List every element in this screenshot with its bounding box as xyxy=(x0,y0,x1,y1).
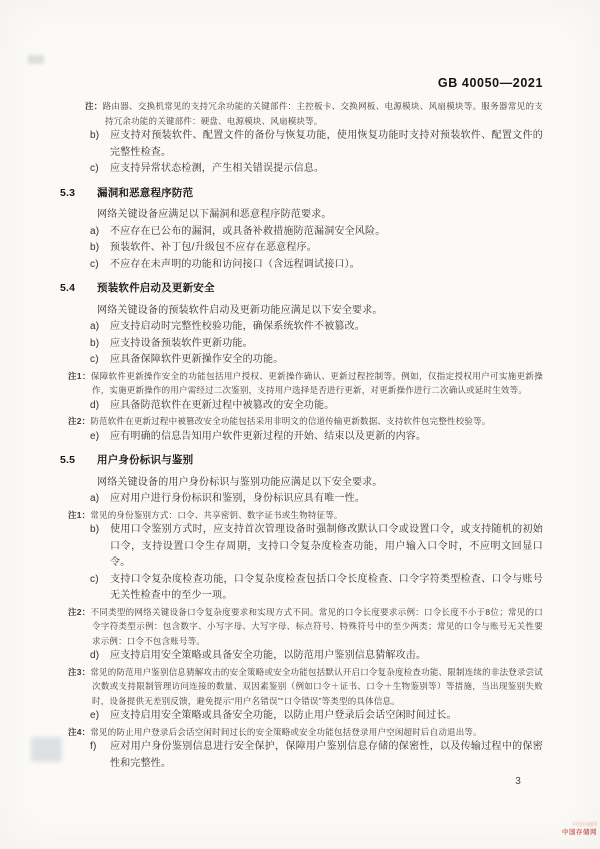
note-label: 注2： xyxy=(68,607,91,617)
list-item-marker: d) xyxy=(90,648,110,665)
section-number: 5.4 xyxy=(60,280,97,297)
list-item-text: 不应存在未声明的功能和访问接口（含远程调试接口）。 xyxy=(110,259,360,270)
note-block: 注1：常见的身份鉴别方式：口令、共享密钥、数字证书或生物特征等。 xyxy=(60,508,543,523)
note-label: 注： xyxy=(85,101,103,111)
list-item-marker: b) xyxy=(90,240,110,257)
list-item: c)不应存在未声明的功能和访问接口（含远程调试接口）。 xyxy=(60,257,543,274)
document-page: GB 40050—2021 注：路由器、交换机常见的支持冗余功能的关键部件：主控… xyxy=(0,0,600,849)
section-title: 漏洞和恶意程序防范 xyxy=(97,187,193,199)
note-block: 注2：防范软件在更新过程中被篡改安全功能包括采用非明文的信道传输更新数据、支持软… xyxy=(60,414,543,429)
list-item-marker: b) xyxy=(90,522,110,539)
list-item: c)应支持异常状态检测，产生相关错误提示信息。 xyxy=(60,161,543,178)
list-item-marker: c) xyxy=(90,257,110,274)
list-item-text: 应对用户进行身份标识和鉴别，身份标识应具有唯一性。 xyxy=(110,493,365,504)
section-number: 5.3 xyxy=(60,185,97,202)
list-item: b)使用口令鉴别方式时，应支持首次管理设备时强制修改默认口令或设置口令，或支持随… xyxy=(60,522,543,572)
list-item-marker: e) xyxy=(90,429,110,446)
section-title: 预装软件启动及更新安全 xyxy=(97,282,215,294)
note-text: 路由器、交换机常见的支持冗余功能的关键部件：主控板卡、交换网板、电源模块、风扇模… xyxy=(103,101,543,126)
note-text: 保障软件更新操作安全的功能包括用户授权、更新操作确认、更新过程控制等。例如，仅指… xyxy=(91,371,543,396)
list-item-marker: e) xyxy=(90,708,110,725)
section-heading: 5.4预装软件启动及更新安全 xyxy=(60,280,543,297)
list-item: b)预装软件、补丁包/升级包不应存在恶意程序。 xyxy=(60,240,543,257)
note-text: 防范软件在更新过程中被篡改安全功能包括采用非明文的信道传输更新数据、支持软件包完… xyxy=(90,416,490,426)
stamp-smudge xyxy=(31,737,62,762)
list-item-text: 支持口令复杂度检查功能，口令复杂度检查包括口令长度检查、口令字符类型检查、口令与… xyxy=(110,574,543,602)
list-item-marker: a) xyxy=(90,319,110,336)
note-block: 注4：常见的防止用户登录后会话空闲时间过长的安全策略或安全功能包括登录用户空闲超… xyxy=(60,725,543,740)
list-item-text: 应支持启用安全策略或具备安全功能，以防范用户鉴别信息猜解攻击。 xyxy=(110,650,426,661)
list-item-text: 不应存在已公布的漏洞，或具备补救措施防范漏洞安全风险。 xyxy=(110,226,385,237)
list-item: d)应支持启用安全策略或具备安全功能，以防范用户鉴别信息猜解攻击。 xyxy=(60,648,543,665)
note-block: 注1：保障软件更新操作安全的功能包括用户授权、更新操作确认、更新过程控制等。例如… xyxy=(60,369,543,398)
note-text: 常见的防范用户鉴别信息猜解攻击的安全策略或安全功能包括默认开启口令复杂度检查功能… xyxy=(90,667,543,706)
watermark: 中国存储网 中国存储网 xyxy=(562,823,597,836)
paragraph-text: 网络关键设备的预装软件启动及更新功能应满足以下安全要求。 xyxy=(97,305,383,316)
note-text: 常见的身份鉴别方式：口令、共享密钥、数字证书或生物特征等。 xyxy=(90,510,342,520)
list-item: a)应支持启动时完整性校验功能，确保系统软件不被篡改。 xyxy=(60,319,543,336)
note-label: 注2： xyxy=(68,416,90,426)
paragraph: 网络关键设备的用户身份标识与鉴别功能应满足以下安全要求。 xyxy=(60,475,543,492)
list-item-text: 应有明确的信息告知用户软件更新过程的开始、结束以及更新的内容。 xyxy=(110,431,426,442)
list-item-marker: b) xyxy=(90,128,110,145)
section-title: 用户身份标识与鉴别 xyxy=(97,454,193,466)
section-number: 5.5 xyxy=(60,452,97,469)
paragraph-text: 网络关键设备应满足以下漏洞和恶意程序防范要求。 xyxy=(97,209,332,220)
list-item-text: 使用口令鉴别方式时，应支持首次管理设备时强制修改默认口令或设置口令，或支持随机的… xyxy=(110,524,543,568)
note-label: 注3： xyxy=(68,667,90,677)
watermark-label: 中国存储网 xyxy=(562,829,597,836)
list-item-text: 应支持异常状态检测，产生相关错误提示信息。 xyxy=(110,163,324,174)
list-item-text: 应具备防范软件在更新过程中被篡改的安全功能。 xyxy=(110,400,334,411)
section-heading: 5.5用户身份标识与鉴别 xyxy=(60,452,543,469)
standard-code: GB 40050—2021 xyxy=(0,76,543,90)
list-item: b)应支持设备预装软件更新功能。 xyxy=(60,336,543,353)
note-text: 不同类型的网络关键设备口令复杂度要求和实现方式不同。常见的口令长度要求示例：口令… xyxy=(91,607,543,646)
list-item-text: 应支持启用安全策略或具备安全功能，以防止用户登录后会话空闲时间过长。 xyxy=(110,710,457,721)
note-label: 注1： xyxy=(68,510,90,520)
list-item: e)应有明确的信息告知用户软件更新过程的开始、结束以及更新的内容。 xyxy=(60,429,543,446)
list-item-marker: a) xyxy=(90,491,110,508)
list-item-text: 应对用户身份鉴别信息进行安全保护，保障用户鉴别信息存储的保密性，以及传输过程中的… xyxy=(110,741,543,769)
list-item-marker: d) xyxy=(90,398,110,415)
paragraph: 网络关键设备的预装软件启动及更新功能应满足以下安全要求。 xyxy=(60,303,543,320)
list-item: e)应支持启用安全策略或具备安全功能，以防止用户登录后会话空闲时间过长。 xyxy=(60,708,543,725)
list-item: c)应具备保障软件更新操作安全的功能。 xyxy=(60,352,543,369)
list-item-text: 应支持对预装软件、配置文件的备份与恢复功能，使用恢复功能时支持对预装软件、配置文… xyxy=(110,130,543,158)
note-label: 注4： xyxy=(68,727,90,737)
list-item: c)支持口令复杂度检查功能，口令复杂度检查包括口令长度检查、口令字符类型检查、口… xyxy=(60,572,543,605)
note-text: 常见的防止用户登录后会话空闲时间过长的安全策略或安全功能包括登录用户空闲超时后自… xyxy=(90,727,482,737)
document-body: 注：路由器、交换机常见的支持冗余功能的关键部件：主控板卡、交换网板、电源模块、风… xyxy=(60,99,543,772)
scan-artifact xyxy=(28,55,44,64)
list-item: a)应对用户进行身份标识和鉴别，身份标识应具有唯一性。 xyxy=(60,491,543,508)
list-item-marker: b) xyxy=(90,336,110,353)
list-item-marker: a) xyxy=(90,224,110,241)
section-heading: 5.3漏洞和恶意程序防范 xyxy=(60,185,543,202)
page-number: 3 xyxy=(506,776,530,787)
list-item-marker: c) xyxy=(90,572,110,589)
list-item-marker: c) xyxy=(90,352,110,369)
list-item: b)应支持对预装软件、配置文件的备份与恢复功能，使用恢复功能时支持对预装软件、配… xyxy=(60,128,543,161)
list-item: f)应对用户身份鉴别信息进行安全保护，保障用户鉴别信息存储的保密性，以及传输过程… xyxy=(60,739,543,772)
list-item-marker: c) xyxy=(90,161,110,178)
note-block: 注2：不同类型的网络关键设备口令复杂度要求和实现方式不同。常见的口令长度要求示例… xyxy=(60,605,543,649)
list-item-text: 预装软件、补丁包/升级包不应存在恶意程序。 xyxy=(110,242,317,253)
paragraph: 网络关键设备应满足以下漏洞和恶意程序防范要求。 xyxy=(60,207,543,224)
list-item-marker: f) xyxy=(90,739,110,756)
list-item: a)不应存在已公布的漏洞，或具备补救措施防范漏洞安全风险。 xyxy=(60,224,543,241)
paragraph-text: 网络关键设备的用户身份标识与鉴别功能应满足以下安全要求。 xyxy=(97,477,383,488)
list-item-text: 应支持启动时完整性校验功能，确保系统软件不被篡改。 xyxy=(110,321,365,332)
note-block: 注：路由器、交换机常见的支持冗余功能的关键部件：主控板卡、交换网板、电源模块、风… xyxy=(60,99,543,128)
list-item: d)应具备防范软件在更新过程中被篡改的安全功能。 xyxy=(60,398,543,415)
list-item-text: 应具备保障软件更新操作安全的功能。 xyxy=(110,354,283,365)
note-label: 注1： xyxy=(68,371,91,381)
note-block: 注3：常见的防范用户鉴别信息猜解攻击的安全策略或安全功能包括默认开启口令复杂度检… xyxy=(60,665,543,709)
list-item-text: 应支持设备预装软件更新功能。 xyxy=(110,338,253,349)
